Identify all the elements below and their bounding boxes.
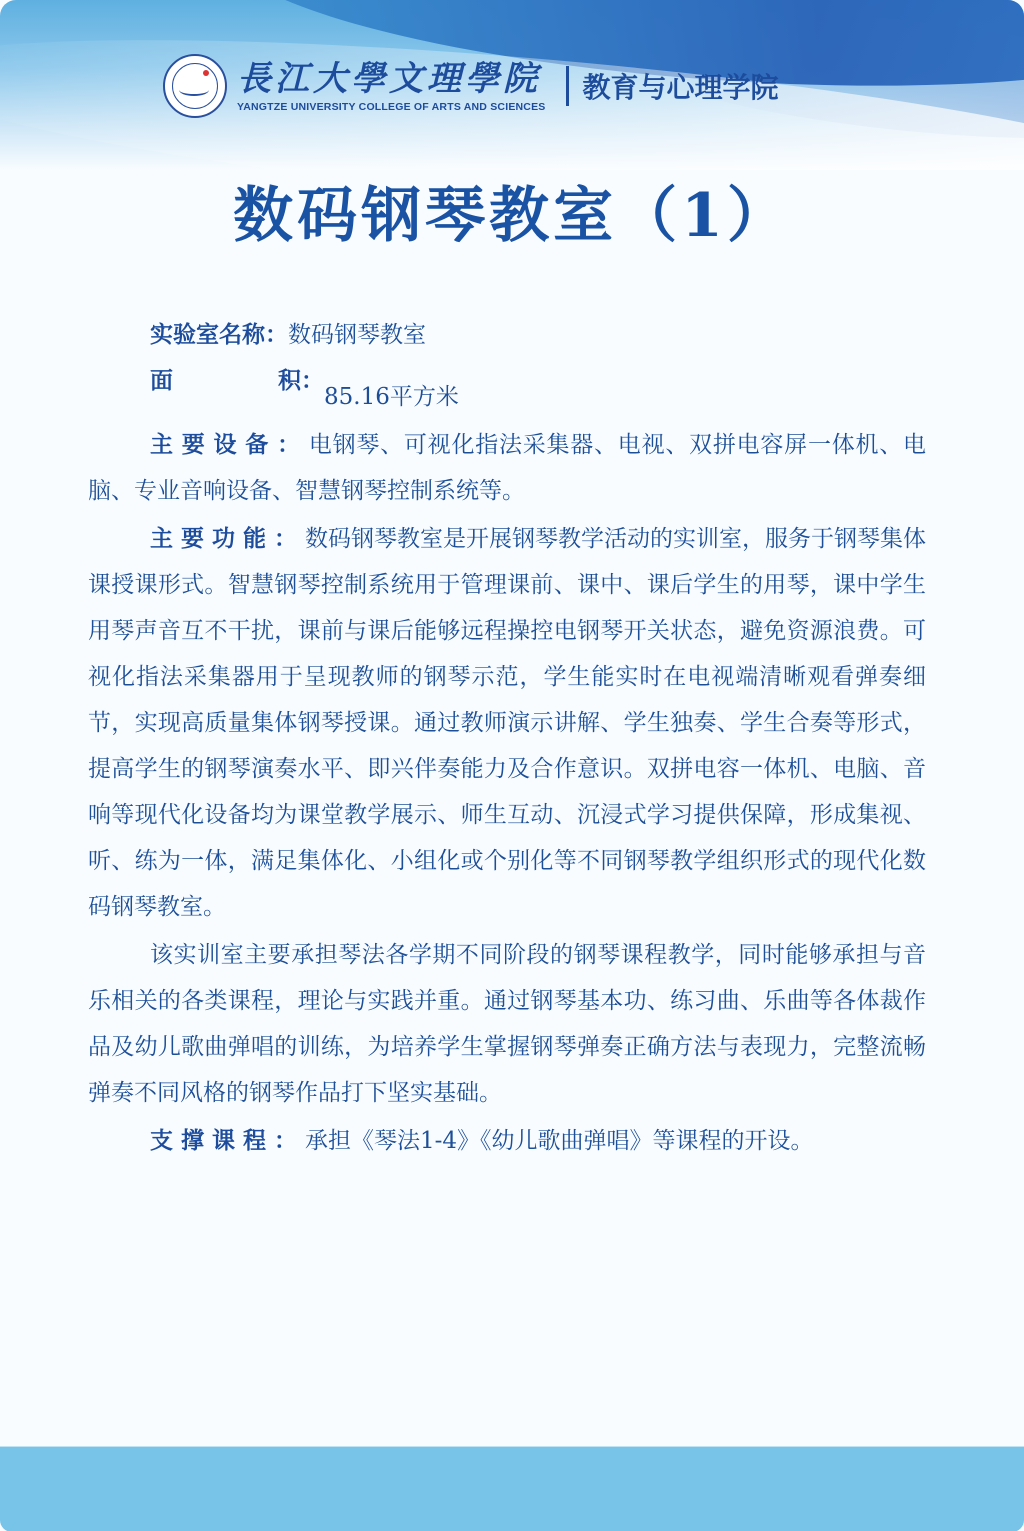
equipment-paragraph: 主要设备：电钢琴、可视化指法采集器、电视、双拼电容屏一体机、电脑、专业音响设备、… — [88, 422, 926, 514]
equipment-label: 主要设备： — [150, 432, 309, 458]
university-name-block: 長江大學文理學院 YANGTZE UNIVERSITY COLLEGE OF A… — [237, 59, 546, 113]
university-seal-icon — [163, 54, 227, 118]
content-body: 实验室名称：数码钢琴教室 面积：85.16平方米 主要设备：电钢琴、可视化指法采… — [88, 312, 926, 1164]
description-text: 该实训室主要承担琴法各学期不同阶段的钢琴课程教学，同时能够承担与音乐相关的各类课… — [88, 932, 926, 1116]
function-value: 数码钢琴教室是开展钢琴教学活动的实训室，服务于钢琴集体课授课形式。智慧钢琴控制系… — [88, 526, 926, 920]
university-name-en: YANGTZE UNIVERSITY COLLEGE OF ARTS AND S… — [237, 101, 546, 113]
lab-name-value: 数码钢琴教室 — [288, 322, 426, 348]
function-label: 主要功能： — [150, 526, 305, 552]
lab-name-row: 实验室名称：数码钢琴教室 — [88, 312, 926, 358]
function-paragraph: 主要功能：数码钢琴教室是开展钢琴教学活动的实训室，服务于钢琴集体课授课形式。智慧… — [88, 516, 926, 930]
university-name-cn: 長江大學文理學院 — [237, 59, 546, 99]
description-paragraph: 该实训室主要承担琴法各学期不同阶段的钢琴课程教学，同时能够承担与音乐相关的各类课… — [88, 932, 926, 1116]
logo-row: 長江大學文理學院 YANGTZE UNIVERSITY COLLEGE OF A… — [163, 53, 779, 119]
area-value: 85.16平方米 — [324, 384, 459, 410]
page-title: 数码钢琴教室（1） — [0, 168, 1024, 254]
courses-value: 承担《琴法1-4》《幼儿歌曲弹唱》等课程的开设。 — [305, 1128, 814, 1154]
area-label: 面积： — [150, 358, 324, 404]
header-banner: 長江大學文理學院 YANGTZE UNIVERSITY COLLEGE OF A… — [0, 0, 1024, 170]
courses-paragraph: 支撑课程：承担《琴法1-4》《幼儿歌曲弹唱》等课程的开设。 — [88, 1118, 926, 1164]
courses-label: 支撑课程： — [150, 1128, 305, 1154]
lab-name-label: 实验室名称： — [150, 322, 288, 348]
header-divider — [566, 66, 569, 106]
college-name: 教育与心理学院 — [583, 66, 779, 106]
footer-band — [0, 1446, 1024, 1531]
area-row: 面积：85.16平方米 — [88, 358, 926, 420]
